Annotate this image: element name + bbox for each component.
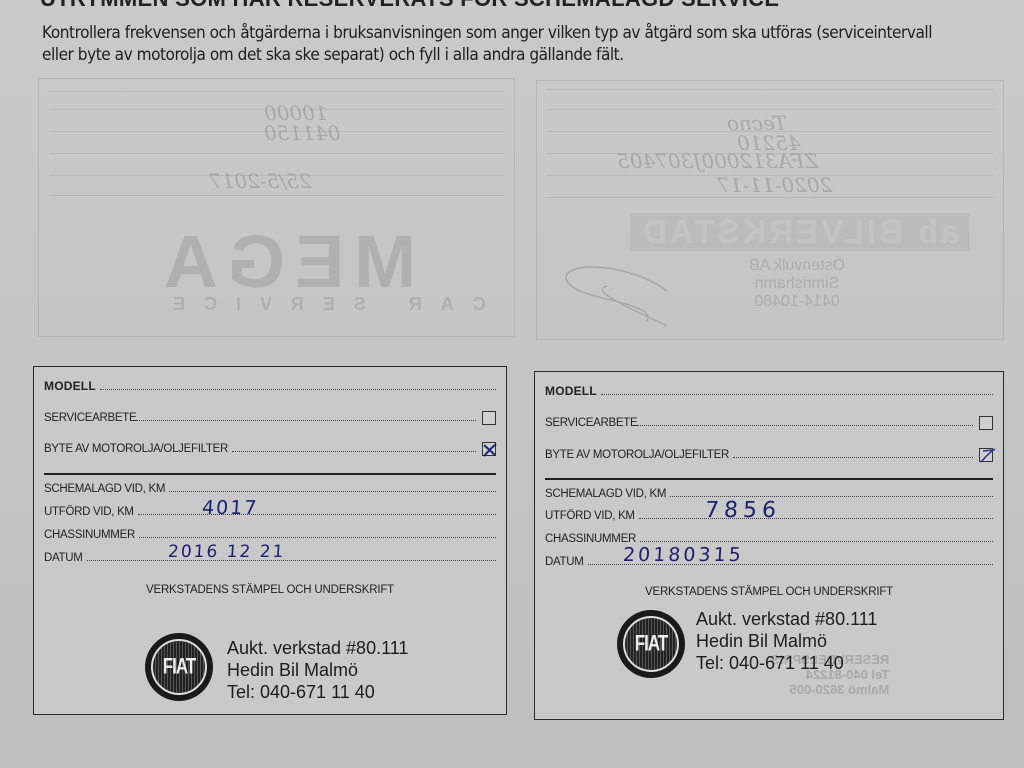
section-heading: UTRYMMEN SOM HAR RESERVERATS FÖR SCHEMAL… — [40, 0, 779, 12]
check-mark-icon — [978, 446, 998, 466]
done-km-value[interactable]: 4017 — [201, 497, 259, 519]
fiat-logo: FIAT — [617, 610, 685, 678]
servicearbete-field: SERVICEARBETE — [545, 416, 993, 429]
section-divider — [545, 478, 993, 480]
check-mark-icon — [481, 440, 499, 458]
done-km-value[interactable]: 7856 — [704, 498, 782, 523]
ghost-signature — [547, 261, 677, 331]
date-value[interactable]: 20180315 — [622, 544, 744, 566]
scheduled-km-field: SCHEMALAGD VID, KM — [44, 483, 496, 495]
oil-change-checkbox[interactable] — [482, 442, 496, 456]
servicearbete-checkbox[interactable] — [482, 411, 496, 425]
date-value[interactable]: 2016 12 21 — [167, 542, 286, 562]
chassis-field: CHASSINUMMER — [545, 533, 993, 545]
fiat-logo: FIAT — [145, 633, 213, 701]
workshop-stamp: Aukt. verkstad #80.111 Hedin Bil Malmö T… — [696, 608, 877, 674]
ghost-handwriting: ZFA312000J307405 — [617, 149, 818, 173]
service-record-card-1: MODELL SERVICEARBETE BYTE AV MOTOROLJA/O… — [33, 366, 507, 715]
servicearbete-field: SERVICEARBETE — [44, 411, 496, 424]
instructions-text: Kontrollera frekvensen och åtgärderna i … — [42, 22, 949, 66]
modell-field: MODELL — [545, 384, 993, 398]
stamp-title: VERKSTADENS STÄMPEL OCH UNDERSKRIFT — [535, 586, 1003, 598]
stamp-title: VERKSTADENS STÄMPEL OCH UNDERSKRIFT — [34, 584, 506, 596]
ghost-handwriting: 25/5-2017 — [209, 169, 312, 193]
ghost-address: Östenvulk AB Simrishamn 0414-10480 — [697, 257, 897, 311]
date-field: DATUM — [545, 556, 993, 568]
done-km-field: UTFÖRD VID, KM — [44, 506, 496, 518]
ghost-brand-logo: MEGA — [154, 219, 416, 304]
ghost-brand-logo: ab BILVERKSTAD — [630, 213, 969, 251]
oil-change-field: BYTE AV MOTOROLJA/OLJEFILTER — [545, 448, 993, 461]
workshop-stamp: Aukt. verkstad #80.111 Hedin Bil Malmö T… — [227, 637, 408, 703]
oil-change-field: BYTE AV MOTOROLJA/OLJEFILTER — [44, 442, 496, 455]
ghost-panel-left: 10000 041150 25/5-2017 MEGA CAR SERVICE — [38, 78, 515, 337]
ghost-panel-right: Tecno 45210 ZFA312000J307405 2020-11-17 … — [536, 80, 1004, 340]
section-divider — [44, 473, 496, 475]
ghost-handwriting: 041150 — [264, 121, 340, 145]
modell-field: MODELL — [44, 379, 496, 393]
ghost-brand-subtitle: CAR SERVICE — [154, 294, 486, 315]
chassis-field: CHASSINUMMER — [44, 529, 496, 541]
servicearbete-checkbox[interactable] — [979, 416, 993, 430]
ghost-handwriting: 2020-11-17 — [717, 173, 832, 197]
service-record-card-2: MODELL SERVICEARBETE BYTE AV MOTOROLJA/O… — [534, 371, 1004, 720]
oil-change-checkbox[interactable] — [979, 448, 993, 462]
